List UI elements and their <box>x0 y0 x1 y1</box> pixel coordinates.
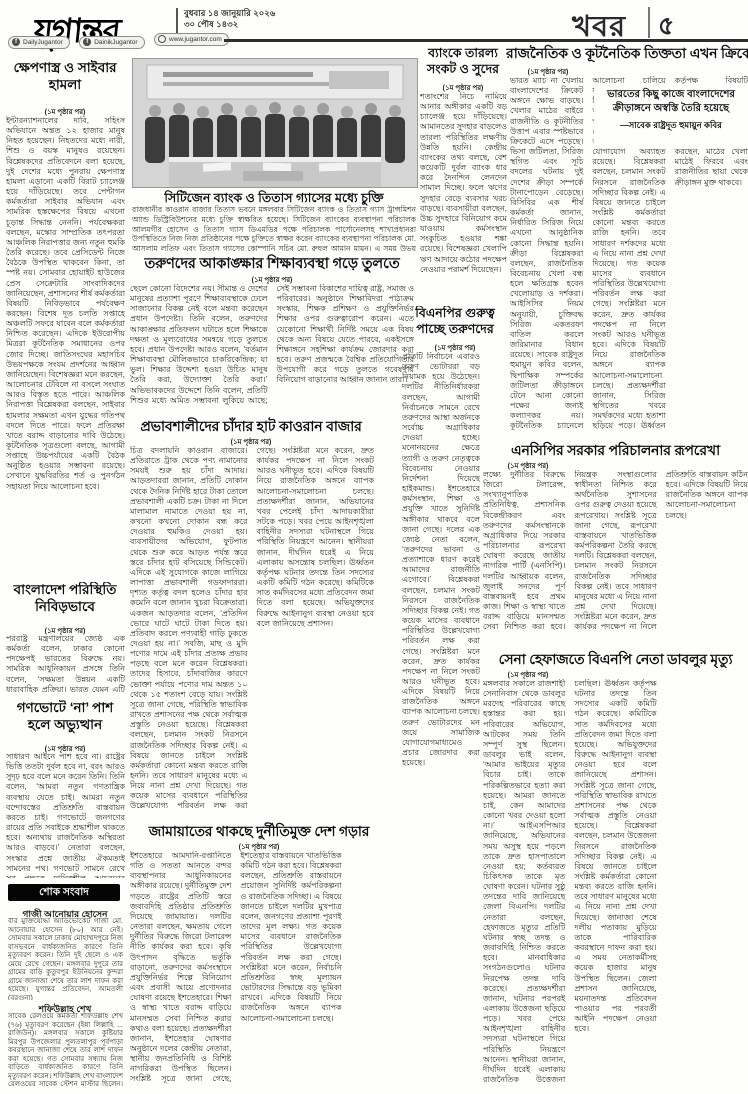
pull-quote-attribution: —সাবেক রাষ্ট্রদূত হুমায়ুন কবির <box>594 119 748 133</box>
headline-missile-cyber: ক্ষেপণাস্ত্র ও সাইবার হামলা <box>4 60 126 104</box>
obituary-box-title: শোক সংবাদ <box>8 884 120 901</box>
date-gregorian: বুধবার ১৪ জানুয়ারি ২০২৬ <box>184 8 314 19</box>
headline-kawran: প্রভাবশালীদের চাঁদার হাট কাওরান বাজার <box>124 415 378 435</box>
article-body-kawran: চিত্র বদলায়নি কাওরান বাজারে। প্রতিরাতে … <box>130 446 374 814</box>
article-body-jamaat: ইশতেহারে আমদানি-রপ্তানিতে গতি ও সততা আনত… <box>130 851 452 1089</box>
article-body-referendum: সাধারণ আইনে পাশ হবে না। রাষ্ট্রের ভিত্তি… <box>6 752 125 878</box>
article-body-bank: শতাংশের নিচে নামিয়ে আনার অঙ্গীকার একটি … <box>420 92 507 300</box>
headline-bnp-youth: বিএনপির গুরুত্ব পাচ্ছে তরুণদের <box>400 306 510 340</box>
facebook-badge-daily: fDailyJugantor <box>8 36 70 49</box>
globe-icon <box>158 35 166 43</box>
facebook-icon: f <box>83 38 91 46</box>
headline-education: তরুণদের আকাঙ্ক্ষার শিক্ষাব্যবস্থা গড়ে ত… <box>128 253 416 273</box>
headline-bank: ব্যাংকে তারল্য সংকট ও সুদের <box>416 46 510 80</box>
newspaper-page: যুগান্তর বুধবার ১৪ জানুয়ারি ২০২৬ ৩০ পৌষ… <box>0 0 748 1094</box>
badge-label: www.jugantor.com <box>169 36 222 43</box>
section-divider <box>648 7 650 38</box>
facebook-icon: f <box>12 38 20 46</box>
article-body-sena: মঙ্গলবার সকালে রাজশাহী সেনানিবাস থেকে ডা… <box>483 679 748 1089</box>
headline-cricket: রাজনৈতিক ও কূটনৈতিক তিক্ততা এখন ক্রিকেটে <box>506 42 748 64</box>
obituary-body-1: বীর মুক্তিযোদ্ধা অ্যাডভোকেট গাজী মো. আনো… <box>8 918 123 1000</box>
badge-label: DailyJugantor <box>23 39 63 46</box>
badge-label: DainikJugantor <box>94 39 137 46</box>
photo-caption-body: রাজধানীর কাওরান বাজার তিতাস ভবনে মঙ্গলবা… <box>132 205 416 251</box>
headline-jamaat: জামায়াতের থাকছে দুর্নীতিমুক্ত দেশ গড়ার <box>124 820 394 840</box>
agreement-photo <box>132 58 418 188</box>
website-badge: www.jugantor.com <box>154 33 229 46</box>
headline-bd-situation: বাংলাদেশ পরিস্থিতি নিবিড়ভাবে <box>4 582 126 624</box>
article-body-ncp: লক্ষ্যে দুর্নীতির বিরুদ্ধে জিরো টলারেন্স… <box>483 470 748 642</box>
headline-sena-dablu: সেনা হেফাজতে বিএনপি নেতা ডাবলুর মৃত্যু <box>483 648 748 668</box>
pull-quote-text: ভারতের কিছু কাজে বাংলাদেশের ক্রীড়াঙ্গনে… <box>594 84 748 116</box>
facebook-badge-dainik: fDainikJugantor <box>79 36 144 49</box>
article-body-bnp-youth: প্রতিটি নির্বাচনে এবারও তরুণ ভোটাররা বড়… <box>402 352 480 814</box>
obituary-body-2: সাবেক রেলওয়ে কর্মকর্তা শফিউল্লাহ শেখ (৭… <box>8 1013 123 1089</box>
article-body-missile: ইন্টারন্যাশনালের দাবি, সহিংস অভিযানে অন্… <box>6 116 125 576</box>
article-body-bd-situation: পররাষ্ট্র মন্ত্রণালয়ের জ্যেষ্ঠ এক কর্মক… <box>6 634 125 696</box>
headline-ncp: এনসিপির সরকার পরিচালনার রূপরেখা <box>483 439 748 459</box>
pull-quote: ভারতের কিছু কাজে বাংলাদেশের ক্রীড়াঙ্গনে… <box>594 84 748 148</box>
article-body-education: ছেলে কোনো বিদেশের নয়। সীমান্ত ও দেশের ম… <box>130 284 414 410</box>
headline-referendum: গণভোটে ‘না’ পাশ হলে অভ্যুত্থান <box>4 700 126 742</box>
